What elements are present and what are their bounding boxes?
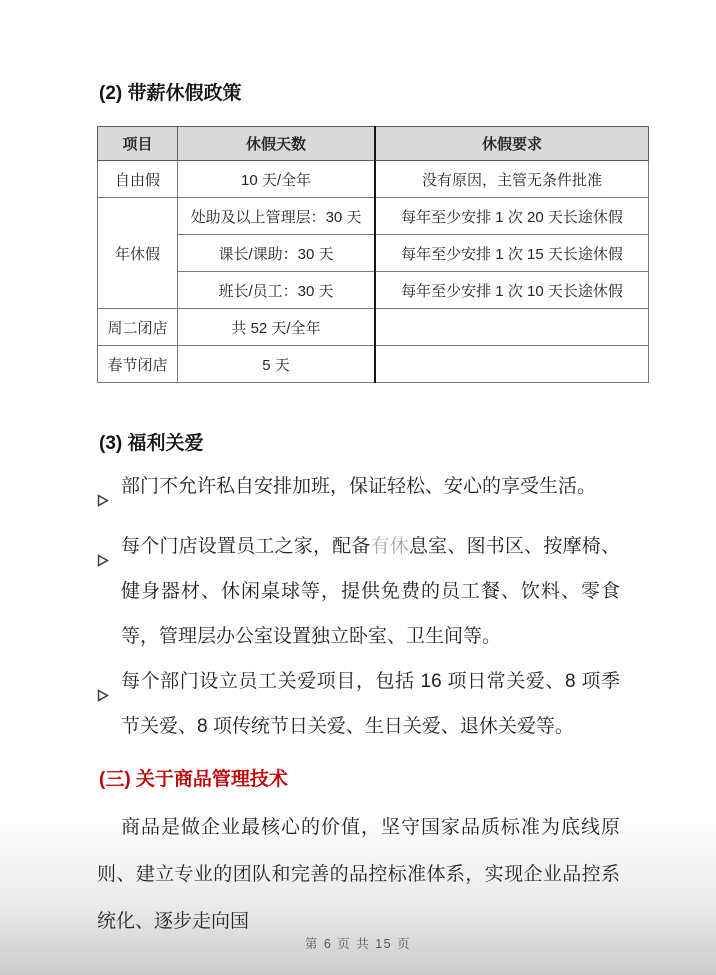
cell-item: 周二闭店	[98, 309, 178, 346]
bullet-text: 每个部门设立员工关爱项目，包括 16 项日常关爱、8 项季节关爱、8 项传统节日…	[121, 659, 620, 749]
cell-item: 春节闭店	[98, 346, 178, 383]
heading-paid-leave-policy: (2) 带薪休假政策	[99, 0, 620, 106]
heading-merchandise-management: (三) 关于商品管理技术	[99, 768, 620, 792]
cell-requirement: 每年至少安排 1 次 15 天长途休假	[375, 235, 649, 272]
cell-requirement	[375, 346, 649, 383]
list-item: 每个部门设立员工关爱项目，包括 16 项日常关爱、8 项季节关爱、8 项传统节日…	[97, 659, 620, 749]
bullet-text: 部门不允许私自安排加班，保证轻松、安心的享受生活。	[121, 464, 620, 524]
bullet-arrow-icon	[97, 464, 121, 524]
bullet-text-watermarked: 有休	[371, 536, 409, 557]
table-row: 自由假 10 天/全年 没有原因，主管无条件批准	[98, 161, 649, 198]
merchandise-paragraph: 商品是做企业最核心的价值，坚守国家品质标准为底线原则、建立专业的团队和完善的品控…	[97, 804, 620, 945]
bullet-arrow-icon	[97, 524, 121, 659]
heading-welfare-care: (3) 福利关爱	[99, 432, 620, 456]
cell-item: 自由假	[98, 161, 178, 198]
cell-item-merged: 年休假	[98, 198, 178, 309]
cell-days: 10 天/全年	[178, 161, 376, 198]
paid-leave-table: 项目 休假天数 休假要求 自由假 10 天/全年 没有原因，主管无条件批准 年休…	[97, 126, 649, 383]
table-row: 班长/员工：30 天 每年至少安排 1 次 10 天长途休假	[98, 272, 649, 309]
header-days: 休假天数	[178, 127, 376, 161]
table-row: 周二闭店 共 52 天/全年	[98, 309, 649, 346]
list-item: 每个门店设置员工之家，配备有休息室、图书区、按摩椅、健身器材、休闲桌球等，提供免…	[97, 524, 620, 659]
document-page: (2) 带薪休假政策 项目 休假天数 休假要求 自由假 10 天/全年 没有原因…	[0, 0, 716, 975]
cell-days: 5 天	[178, 346, 376, 383]
header-requirement: 休假要求	[375, 127, 649, 161]
table-row: 春节闭店 5 天	[98, 346, 649, 383]
cell-days: 班长/员工：30 天	[178, 272, 376, 309]
cell-requirement: 没有原因，主管无条件批准	[375, 161, 649, 198]
cell-requirement: 每年至少安排 1 次 20 天长途休假	[375, 198, 649, 235]
bullet-text-pre: 每个门店设置员工之家，配备	[121, 536, 371, 557]
header-item: 项目	[98, 127, 178, 161]
welfare-bullet-list: 部门不允许私自安排加班，保证轻松、安心的享受生活。 每个门店设置员工之家，配备有…	[97, 464, 620, 749]
bullet-text-main: 部门不允许私自安排加班，保证轻松、安心的享受生活。	[121, 476, 596, 497]
bullet-arrow-icon	[97, 659, 121, 749]
list-item: 部门不允许私自安排加班，保证轻松、安心的享受生活。	[97, 464, 620, 524]
cell-days: 课长/课助：30 天	[178, 235, 376, 272]
table-row: 年休假 处助及以上管理层：30 天 每年至少安排 1 次 20 天长途休假	[98, 198, 649, 235]
cell-days: 共 52 天/全年	[178, 309, 376, 346]
cell-days: 处助及以上管理层：30 天	[178, 198, 376, 235]
table-row: 课长/课助：30 天 每年至少安排 1 次 15 天长途休假	[98, 235, 649, 272]
table-header-row: 项目 休假天数 休假要求	[98, 127, 649, 161]
cell-requirement: 每年至少安排 1 次 10 天长途休假	[375, 272, 649, 309]
bullet-text-main: 每个部门设立员工关爱项目，包括 16 项日常关爱、8 项季节关爱、8 项传统节日…	[121, 671, 620, 737]
bullet-text: 每个门店设置员工之家，配备有休息室、图书区、按摩椅、健身器材、休闲桌球等，提供免…	[121, 524, 620, 659]
cell-requirement	[375, 309, 649, 346]
page-number-footer: 第 6 页 共 15 页	[0, 934, 716, 952]
page-content: (2) 带薪休假政策 项目 休假天数 休假要求 自由假 10 天/全年 没有原因…	[0, 0, 716, 945]
